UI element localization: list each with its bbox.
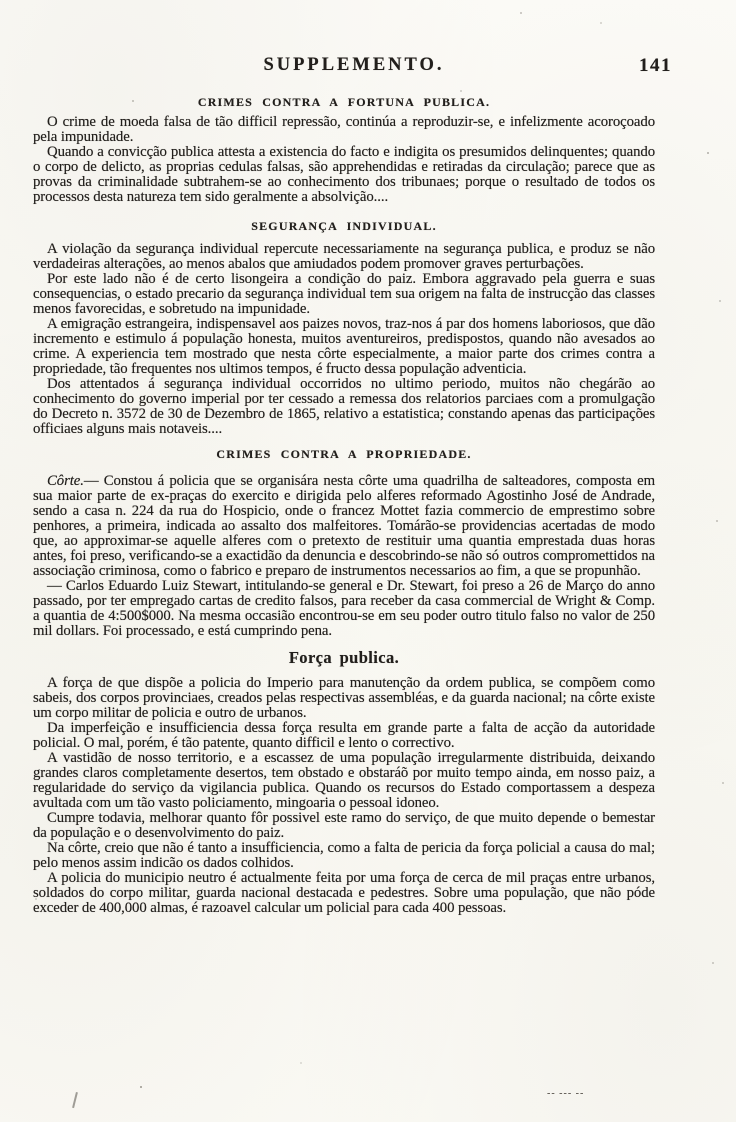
paragraph: A emigração estrangeira, indispensavel a… <box>33 317 655 377</box>
section-heading: Força publica. <box>33 649 655 667</box>
section-seguranca-individual: SEGURANÇA INDIVIDUAL. A violação da segu… <box>33 219 655 437</box>
scanned-document-page: SUPPLEMENTO. 141 CRIMES CONTRA A FORTUNA… <box>0 0 736 1122</box>
paragraph: Dos attentados á segurança individual oc… <box>33 377 655 437</box>
section-heading: CRIMES CONTRA A PROPRIEDADE. <box>33 447 655 462</box>
section-heading: CRIMES CONTRA A FORTUNA PUBLICA. <box>33 95 655 110</box>
paragraph: Por este lado não é de certo lisongeira … <box>33 272 655 317</box>
paragraph: Quando a convicção publica attesta a exi… <box>33 145 655 205</box>
paragraph: A força de que dispõe a policia do Imper… <box>33 676 655 721</box>
paragraph-text: — Constou á policia que se organisára ne… <box>33 473 655 579</box>
section-crimes-propriedade: CRIMES CONTRA A PROPRIEDADE. Côrte.— Con… <box>33 447 655 639</box>
paragraph: Da imperfeição e insufficiencia dessa fo… <box>33 721 655 751</box>
scan-speckles <box>0 0 2 2</box>
paragraph: O crime de moeda falsa de tão difficil r… <box>33 115 655 145</box>
paragraph: Na côrte, creio que não é tanto a insuff… <box>33 841 655 871</box>
paragraph: — Carlos Eduardo Luiz Stewart, intitulan… <box>33 579 655 639</box>
end-of-text-mark: -- --- -- <box>547 1088 584 1099</box>
section-heading: SEGURANÇA INDIVIDUAL. <box>33 219 655 234</box>
scan-tick-mark <box>72 1092 77 1108</box>
paragraph-lead-corte: Côrte. <box>47 473 84 489</box>
paragraph: A vastidão de nosso territorio, e a esca… <box>33 751 655 811</box>
section-crimes-fortuna-publica: CRIMES CONTRA A FORTUNA PUBLICA. O crime… <box>33 95 655 205</box>
section-forca-publica: Força publica. A força de que dispõe a p… <box>33 649 655 916</box>
paragraph: Côrte.— Constou á policia que se organis… <box>33 474 655 579</box>
text-column: CRIMES CONTRA A FORTUNA PUBLICA. O crime… <box>33 0 655 916</box>
paragraph: A policia do municipio neutro é actualme… <box>33 871 655 916</box>
paragraph: Cumpre todavia, melhorar quanto fôr poss… <box>33 811 655 841</box>
paragraph: A violação da segurança individual reper… <box>33 242 655 272</box>
